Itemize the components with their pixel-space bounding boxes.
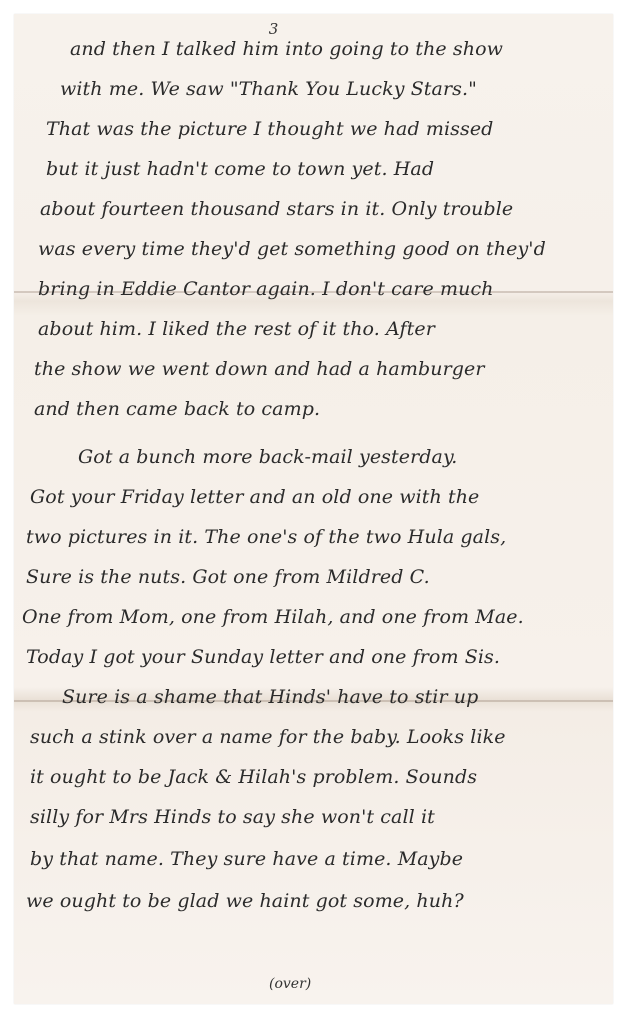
handwritten-line: That was the picture I thought we had mi… [46,118,629,140]
handwritten-line: about him. I liked the rest of it tho. A… [38,318,629,340]
handwritten-line: Sure is a shame that Hinds' have to stir… [62,686,629,708]
handwritten-line: bring in Eddie Cantor again. I don't car… [38,278,629,300]
handwritten-line: and then I talked him into going to the … [70,38,629,60]
handwritten-line: with me. We saw "Thank You Lucky Stars." [60,78,629,100]
handwritten-line: Got a bunch more back-mail yesterday. [78,446,629,468]
letter-page: 3 and then I talked him into going to th… [14,14,613,1004]
handwritten-line: Got your Friday letter and an old one wi… [30,486,629,508]
handwritten-line: by that name. They sure have a time. May… [30,848,629,870]
over-note: (over) [269,976,311,992]
handwritten-line: and then came back to camp. [34,398,629,420]
handwritten-line: One from Mom, one from Hilah, and one fr… [22,606,621,628]
handwritten-line: we ought to be glad we haint got some, h… [26,890,625,912]
handwritten-line: two pictures in it. The one's of the two… [26,526,625,548]
handwritten-line: the show we went down and had a hamburge… [34,358,629,380]
handwritten-line: about fourteen thousand stars in it. Onl… [40,198,629,220]
handwritten-line: Today I got your Sunday letter and one f… [26,646,625,668]
handwritten-line: it ought to be Jack & Hilah's problem. S… [30,766,629,788]
handwritten-line: was every time they'd get something good… [38,238,629,260]
page-number: 3 [0,20,573,38]
handwritten-line: silly for Mrs Hinds to say she won't cal… [30,806,629,828]
handwritten-line: but it just hadn't come to town yet. Had [46,158,629,180]
handwritten-line: Sure is the nuts. Got one from Mildred C… [26,566,625,588]
handwritten-line: such a stink over a name for the baby. L… [30,726,629,748]
